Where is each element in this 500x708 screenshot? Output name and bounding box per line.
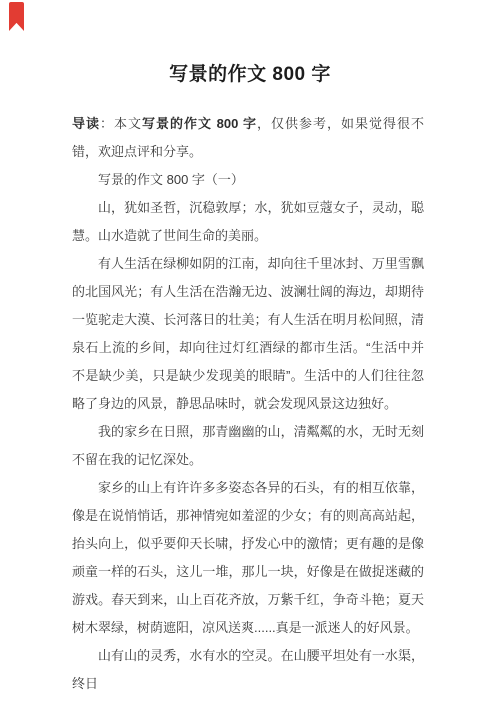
essay-paragraph-2: 有人生活在绿柳如阴的江南，却向往千里冰封、万里雪飘的北国风光；有人生活在浩瀚无边…: [72, 250, 424, 418]
essay-paragraph-3: 我的家乡在日照，那青幽幽的山，清粼粼的水，无时无刻不留在我的记忆深处。: [72, 418, 424, 474]
essay-subtitle: 写景的作文 800 字（一）: [72, 166, 424, 194]
intro-label: 导读: [72, 116, 100, 131]
page-title: 写景的作文 800 字: [0, 0, 500, 88]
document-page: 写景的作文 800 字 导读：本文写景的作文 800 字，仅供参考，如果觉得很不…: [0, 0, 500, 708]
essay-content: 导读：本文写景的作文 800 字，仅供参考，如果觉得很不错，欢迎点评和分享。 写…: [72, 110, 424, 698]
intro-paragraph: 导读：本文写景的作文 800 字，仅供参考，如果觉得很不错，欢迎点评和分享。: [72, 110, 424, 166]
intro-highlight-text: 写景的作文 800 字: [142, 116, 257, 131]
essay-paragraph-1: 山，犹如圣哲，沉稳敦厚；水，犹如豆蔻女子，灵动，聪慧。山水造就了世间生命的美丽。: [72, 194, 424, 250]
intro-lead-text: ：本文: [100, 116, 142, 131]
essay-paragraph-5: 山有山的灵秀，水有水的空灵。在山腰平坦处有一水渠，终日: [72, 642, 424, 698]
essay-paragraph-4: 家乡的山上有许许多多姿态各异的石头，有的相互依靠，像是在说悄悄话，那神情宛如羞涩…: [72, 474, 424, 642]
